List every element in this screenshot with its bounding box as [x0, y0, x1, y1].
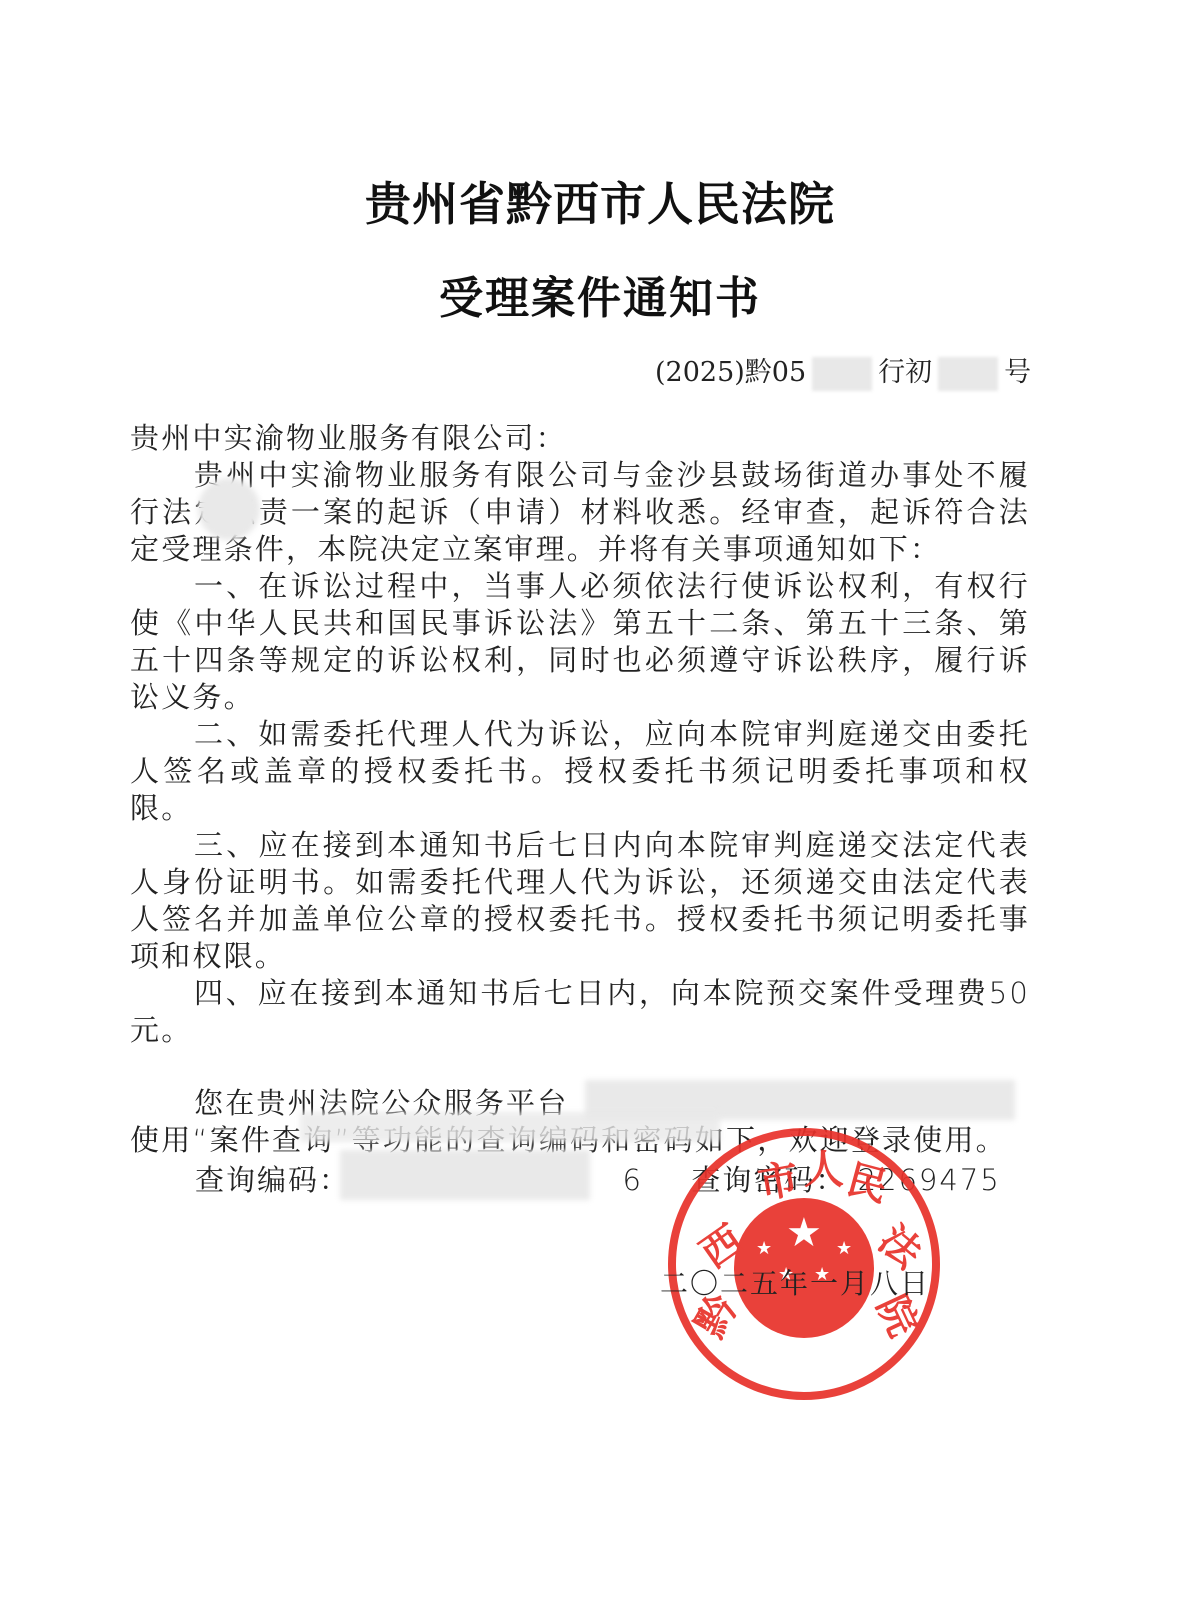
issue-date: 二〇二五年一月八日	[660, 1262, 930, 1302]
case-number-suffix: 号	[1004, 357, 1031, 388]
paragraph-item-2: 二、如需委托代理人代为诉讼，应向本院审判庭递交由委托人签名或盖章的授权委托书。授…	[130, 716, 1030, 827]
case-number-prefix: (2025)黔05	[655, 357, 806, 388]
redacted-region	[300, 1112, 720, 1142]
paragraph-item-1: 一、在诉讼过程中，当事人必须依法行使诉讼权利，有权行使《中华人民共和国民事诉讼法…	[130, 568, 1030, 716]
seal-text-top: 市	[753, 1147, 802, 1210]
redacted-region	[812, 357, 872, 391]
redacted-region	[198, 478, 260, 540]
paragraph-item-4: 四、应在接到本通知书后七日内，向本院预交案件受理费50元。	[130, 975, 1030, 1049]
addressee: 贵州中实渝物业服务有限公司：	[130, 420, 1030, 457]
star-icon: ★	[786, 1210, 822, 1256]
paragraph-item-3: 三、应在接到本通知书后七日内向本院审判庭递交法定代表人身份证明书。如需委托代理人…	[130, 827, 1030, 975]
star-icon: ★	[756, 1238, 772, 1259]
redacted-region	[938, 357, 998, 391]
redacted-region	[340, 1150, 590, 1200]
seal-text-top: 人	[804, 1138, 844, 1195]
case-number-mid: 行初	[878, 357, 932, 388]
query-code-tail: 6	[622, 1163, 642, 1197]
document-title: 受理案件通知书	[0, 262, 1200, 326]
seal-text-top: 民	[841, 1148, 894, 1213]
query-code-label: 查询编码：	[195, 1163, 350, 1197]
case-number: (2025)黔05行初号	[655, 350, 1031, 391]
court-name: 贵州省黔西市人民法院	[0, 168, 1200, 234]
star-icon: ★	[836, 1238, 852, 1259]
paragraph-intro: 贵州中实渝物业服务有限公司与金沙县鼓场街道办事处不履行法定职责一案的起诉（申请）…	[130, 457, 1030, 568]
notice-body: 贵州中实渝物业服务有限公司： 贵州中实渝物业服务有限公司与金沙县鼓场街道办事处不…	[130, 420, 1030, 1049]
